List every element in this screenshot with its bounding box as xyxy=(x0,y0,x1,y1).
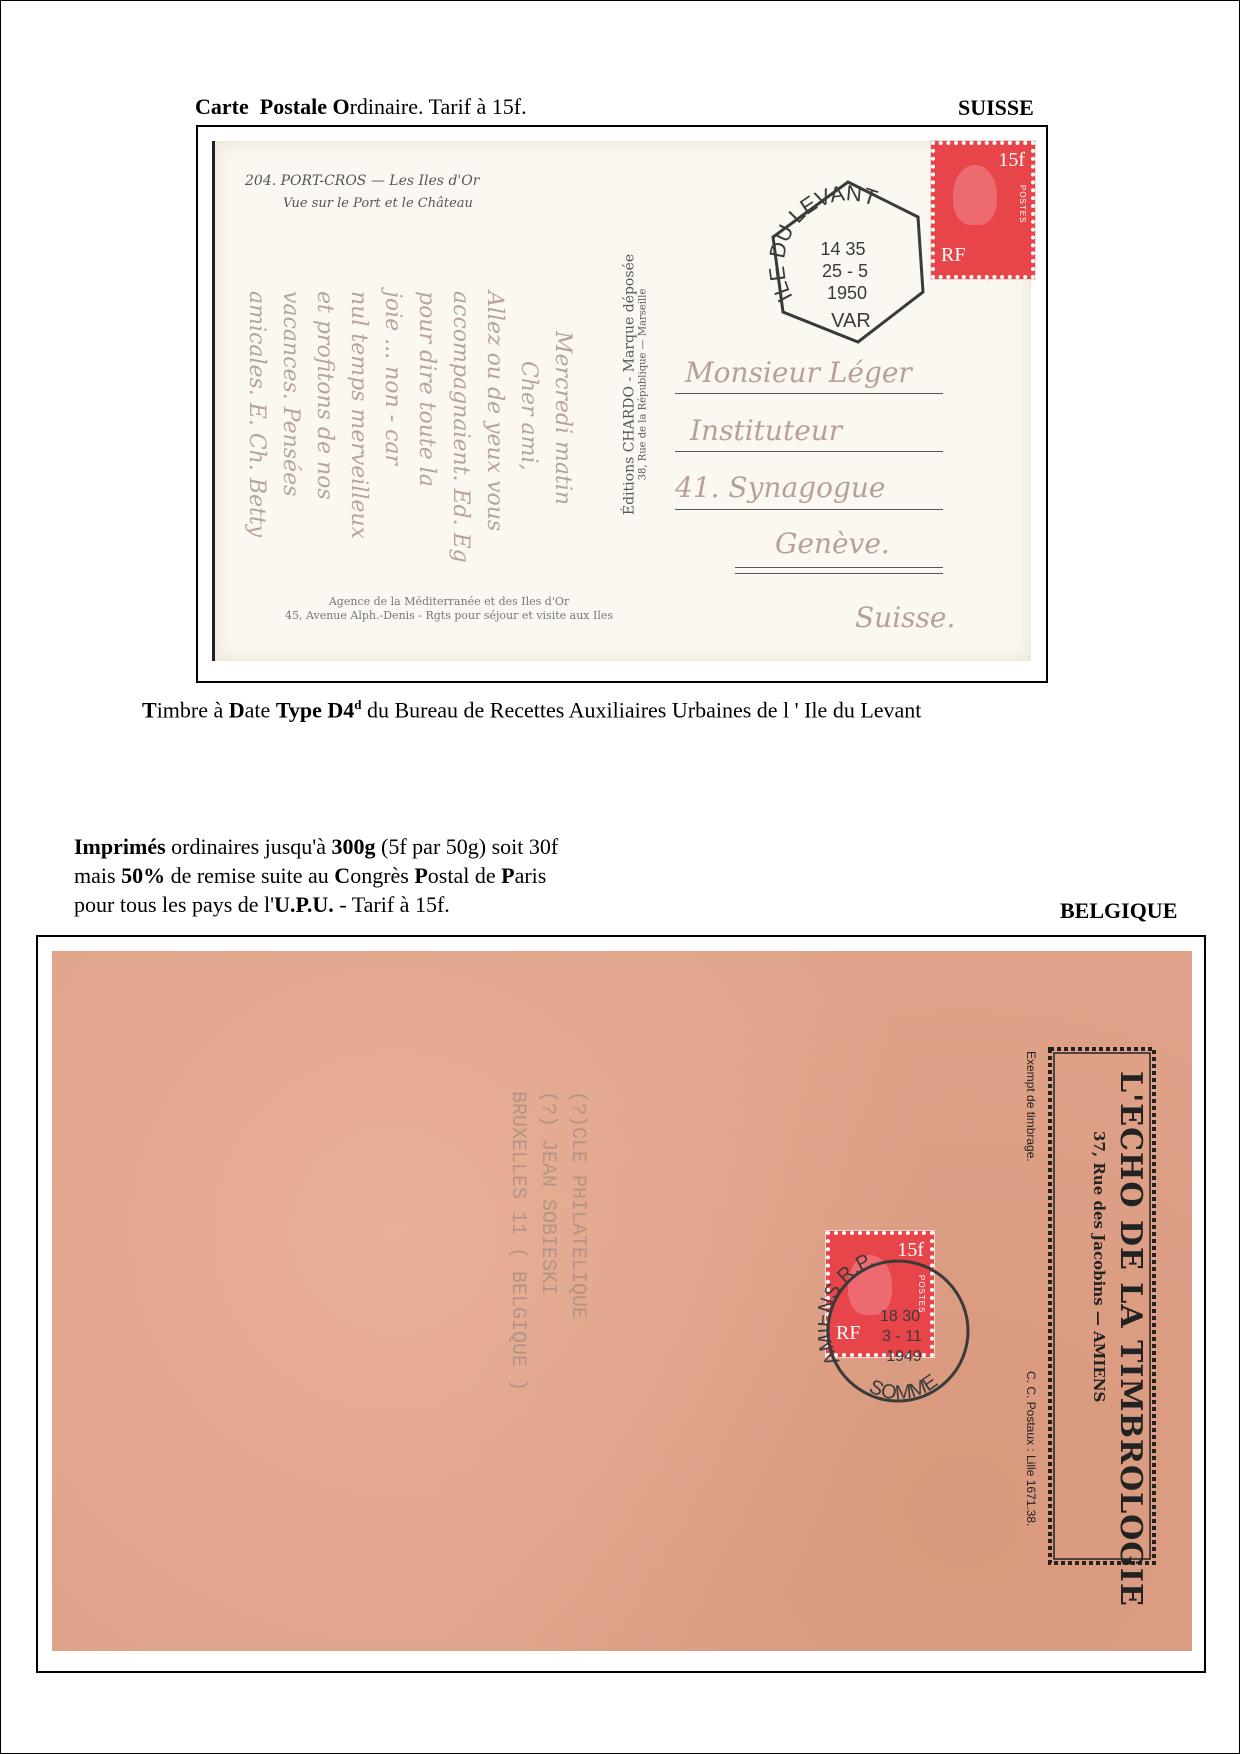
caption-text: ordinaires jusqu'à xyxy=(166,834,332,859)
postmark-description: Timbre à Date Type D4d du Bureau de Rece… xyxy=(142,697,921,723)
stamp-postes: POSTES xyxy=(1018,185,1027,223)
svg-text:3 - 11: 3 - 11 xyxy=(882,1328,922,1345)
handwritten-line: nul temps merveilleux xyxy=(346,291,371,539)
desc-text: ate xyxy=(245,697,276,722)
svg-text:1949: 1949 xyxy=(886,1348,922,1365)
wrapper-frame: (?)CLE PHILATELIQUE (?) JEAN SOBIESKI BR… xyxy=(36,935,1206,1673)
address-line-title: Instituteur xyxy=(690,414,842,447)
caption-text: ostal de xyxy=(428,863,501,888)
address-rule xyxy=(675,393,943,394)
postcard-title: 204. PORT-CROS — Les Iles d'Or xyxy=(245,173,479,189)
postcard-frame: 204. PORT-CROS — Les Iles d'Or Vue sur l… xyxy=(196,125,1048,683)
caption-line-3: pour tous les pays de l'U.P.U. - Tarif à… xyxy=(74,890,558,919)
desc-text: du Bureau de Recettes Auxiliaires Urbain… xyxy=(362,697,922,722)
caption-text: aris xyxy=(515,863,547,888)
svg-text:25 - 5: 25 - 5 xyxy=(822,261,868,281)
address-rule xyxy=(735,567,943,568)
agency-line: Agence de la Méditerranée et des Iles d'… xyxy=(285,595,613,609)
desc-text: imbre à xyxy=(157,697,229,722)
caption-bold: O xyxy=(332,94,349,119)
caption-bold: Carte xyxy=(195,94,249,119)
address-rule xyxy=(735,573,943,574)
handwritten-line: Allez ou de yeux vous xyxy=(482,291,507,531)
address-rule xyxy=(675,509,943,510)
svg-text:14 35: 14 35 xyxy=(820,239,865,259)
caption-text: ongrès xyxy=(350,863,414,888)
faded-address-line: (?)CLE PHILATELIQUE xyxy=(562,1091,592,1391)
desc-bold: T xyxy=(142,697,157,722)
label-ccp: C. C. Postaux : Lille 1671.38. xyxy=(1024,1371,1038,1526)
caption-line-1: Imprimés ordinaires jusqu'à 300g (5f par… xyxy=(74,832,558,861)
svg-text:SOMME: SOMME xyxy=(866,1370,942,1404)
caption-text: pour tous les pays de l' xyxy=(74,892,274,917)
stamp-marianne-15f: 15f POSTES RF xyxy=(931,141,1035,279)
handwritten-line: joie ... non - car xyxy=(380,291,405,465)
circular-postmark: AMIENS R.P. 18 30 3 - 11 1949 SOMME xyxy=(818,1251,978,1411)
postcard-subtitle: Vue sur le Port et le Château xyxy=(283,196,473,211)
handwritten-line: Mercredi matin xyxy=(550,331,575,505)
caption-text: rdinaire. Tarif à 15f. xyxy=(350,94,527,119)
caption-bold: Imprimés xyxy=(74,834,166,859)
caption-bold: P xyxy=(414,863,427,888)
postcard-editor-imprint: Éditions CHARDO - Marque déposée 38, Rue… xyxy=(622,205,649,565)
country-label-belgique: BELGIQUE xyxy=(1060,898,1177,924)
handwritten-line: amicales. E. Ch. Betty xyxy=(244,291,269,537)
caption-line-2: mais 50% de remise suite au Congrès Post… xyxy=(74,861,558,890)
desc-superscript: d xyxy=(354,697,361,712)
address-line-city: Genève. xyxy=(775,527,890,560)
wrapper-caption: Imprimés ordinaires jusqu'à 300g (5f par… xyxy=(74,832,558,919)
postcard: 204. PORT-CROS — Les Iles d'Or Vue sur l… xyxy=(212,141,1031,661)
printed-matter-wrapper: (?)CLE PHILATELIQUE (?) JEAN SOBIESKI BR… xyxy=(52,951,1192,1651)
faded-address-line: (?) JEAN SOBIESKI xyxy=(532,1091,562,1391)
handwritten-message: Mercredi matinCher ami,Allez ou de yeux … xyxy=(235,231,585,581)
address-line-name: Monsieur Léger xyxy=(685,356,912,389)
sender-label-echo-timbrologie: L'ECHO DE LA TIMBROLOGIE 37, Rue des Jac… xyxy=(1000,1041,1160,1571)
caption-text: - Tarif à 15f. xyxy=(334,892,450,917)
marianne-portrait-icon xyxy=(953,165,997,225)
caption-bold: 300g xyxy=(332,834,376,859)
handwritten-line: Cher ami, xyxy=(516,361,541,471)
postcard-caption: Carte Postale Ordinaire. Tarif à 15f. xyxy=(195,92,527,121)
editor-line: 38, Rue de la République — Marseille xyxy=(638,205,649,565)
agency-line: 45, Avenue Alph.-Denis - Rgts pour séjou… xyxy=(285,609,613,623)
caption-bold: U.P.U. xyxy=(274,892,334,917)
caption-text: de remise suite au xyxy=(165,863,334,888)
handwritten-line: pour dire toute la xyxy=(414,291,439,487)
caption-text: mais xyxy=(74,863,121,888)
stamp-rf: RF xyxy=(941,244,965,267)
desc-bold: Type D4 xyxy=(276,697,354,722)
address-line-country: Suisse. xyxy=(855,601,955,634)
svg-text:VAR: VAR xyxy=(831,310,871,332)
postcard-agency-imprint: Agence de la Méditerranée et des Iles d'… xyxy=(285,595,613,623)
address-line-street: 41. Synagogue xyxy=(675,471,885,504)
svg-text:18 30: 18 30 xyxy=(880,1308,920,1325)
caption-text: (5f par 50g) soit 30f xyxy=(376,834,559,859)
address-rule xyxy=(675,451,943,452)
svg-text:1950: 1950 xyxy=(827,283,867,303)
label-exempt: Exempt de timbrage. xyxy=(1024,1051,1038,1162)
label-title: L'ECHO DE LA TIMBROLOGIE xyxy=(1113,1071,1148,1607)
stamp-value: 15f xyxy=(998,149,1025,172)
caption-bold: 50% xyxy=(121,863,165,888)
country-label-suisse: SUISSE xyxy=(958,95,1034,121)
svg-text:AMIENS R.P.: AMIENS R.P. xyxy=(818,1251,877,1369)
faded-address-line: BRUXELLES 11 ( BELGIQUE ) xyxy=(502,1091,532,1391)
caption-bold: Postale xyxy=(260,94,327,119)
handwritten-line: vacances. Pensées xyxy=(278,291,303,496)
editor-line: Éditions CHARDO - Marque déposée xyxy=(622,205,638,565)
hexagonal-postmark: ILE DU LEVANT 14 35 25 - 5 1950 VAR xyxy=(763,177,933,347)
label-address: 37, Rue des Jacobins — AMIENS xyxy=(1090,1131,1108,1402)
caption-bold: P xyxy=(501,863,514,888)
handwritten-line: et profitons de nos xyxy=(312,291,337,500)
faded-recipient-address: (?)CLE PHILATELIQUE (?) JEAN SOBIESKI BR… xyxy=(502,1091,592,1391)
caption-bold: C xyxy=(334,863,350,888)
handwritten-line: accompagnaient. Ed. Eg xyxy=(448,291,473,563)
desc-bold: D xyxy=(229,697,245,722)
